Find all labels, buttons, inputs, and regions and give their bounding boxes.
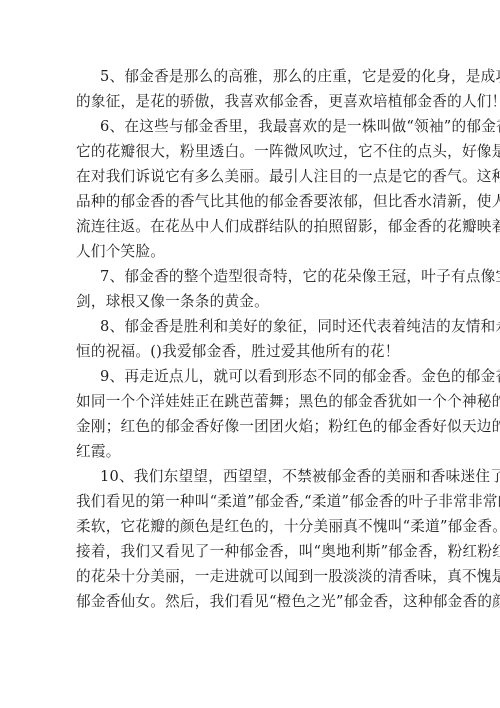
paragraph-9: 9、再走近点儿，就可以看到形态不同的郁金香。金色的郁金香 如同一个个洋娃娃正在跳… [76,364,444,464]
text-line: 6、在这些与郁金香里，我最喜欢的是一株叫做“领袖”的郁金香。 [76,114,444,139]
text-line: 如同一个个洋娃娃正在跳芭蕾舞；黑色的郁金香犹如一个个神秘的 [76,389,444,414]
text-line: 我们看见的第一种叫“柔道”郁金香,“柔道”郁金香的叶子非常非常的 [76,489,444,514]
text-line: 8、郁金香是胜利和美好的象征，同时还代表着纯洁的友情和永 [76,314,444,339]
text-line: 品种的郁金香的香气比其他的郁金香要浓郁，但比香水清新，使人 [76,189,444,214]
text-line: 5、郁金香是那么的高雅，那么的庄重，它是爱的化身，是成功 [76,64,444,89]
text-line: 的花朵十分美丽，一走进就可以闻到一股淡淡的清香味，真不愧是 [76,564,444,589]
text-line: 9、再走近点儿，就可以看到形态不同的郁金香。金色的郁金香 [76,364,444,389]
text-line: 它的花瓣很大，粉里透白。一阵微风吹过，它不住的点头，好像是 [76,139,444,164]
text-line: 柔软，它花瓣的颜色是红色的，十分美丽真不愧叫“柔道”郁金香。 [76,514,444,539]
text-line: 人们个笑脸。 [76,239,444,264]
paragraph-10: 10、我们东望望，西望望，不禁被郁金香的美丽和香味迷住了。 我们看见的第一种叫“… [76,464,444,614]
paragraph-7: 7、郁金香的整个造型很奇特，它的花朵像王冠，叶子有点像宝 剑，球根又像一条条的黄… [76,264,444,314]
text-line: 剑，球根又像一条条的黄金。 [76,289,444,314]
text-line: 恒的祝福。()我爱郁金香，胜过爱其他所有的花！ [76,339,444,364]
text-line: 的象征，是花的骄傲，我喜欢郁金香，更喜欢培植郁金香的人们！ [76,89,444,114]
paragraph-5: 5、郁金香是那么的高雅，那么的庄重，它是爱的化身，是成功 的象征，是花的骄傲，我… [76,64,444,114]
text-line: 金刚；红色的郁金香好像一团团火焰；粉红色的郁金香好似天边的 [76,414,444,439]
text-line: 接着，我们又看见了一种郁金香，叫“奥地利斯”郁金香，粉红粉红 [76,539,444,564]
paragraph-6: 6、在这些与郁金香里，我最喜欢的是一株叫做“领袖”的郁金香。 它的花瓣很大，粉里… [76,114,444,264]
text-line: 流连往返。在花丛中人们成群结队的拍照留影，郁金香的花瓣映着 [76,214,444,239]
paragraph-8: 8、郁金香是胜利和美好的象征，同时还代表着纯洁的友情和永 恒的祝福。()我爱郁金… [76,314,444,364]
text-line: 红霞。 [76,439,444,464]
document-page: 5、郁金香是那么的高雅，那么的庄重，它是爱的化身，是成功 的象征，是花的骄傲，我… [0,0,500,708]
document-body: 5、郁金香是那么的高雅，那么的庄重，它是爱的化身，是成功 的象征，是花的骄傲，我… [76,64,444,614]
text-line: 郁金香仙女。然后，我们看见“橙色之光”郁金香，这种郁金香的颜 [76,589,444,614]
text-line: 在对我们诉说它有多么美丽。最引人注目的一点是它的香气。这种 [76,164,444,189]
text-line: 10、我们东望望，西望望，不禁被郁金香的美丽和香味迷住了。 [76,464,444,489]
text-line: 7、郁金香的整个造型很奇特，它的花朵像王冠，叶子有点像宝 [76,264,444,289]
